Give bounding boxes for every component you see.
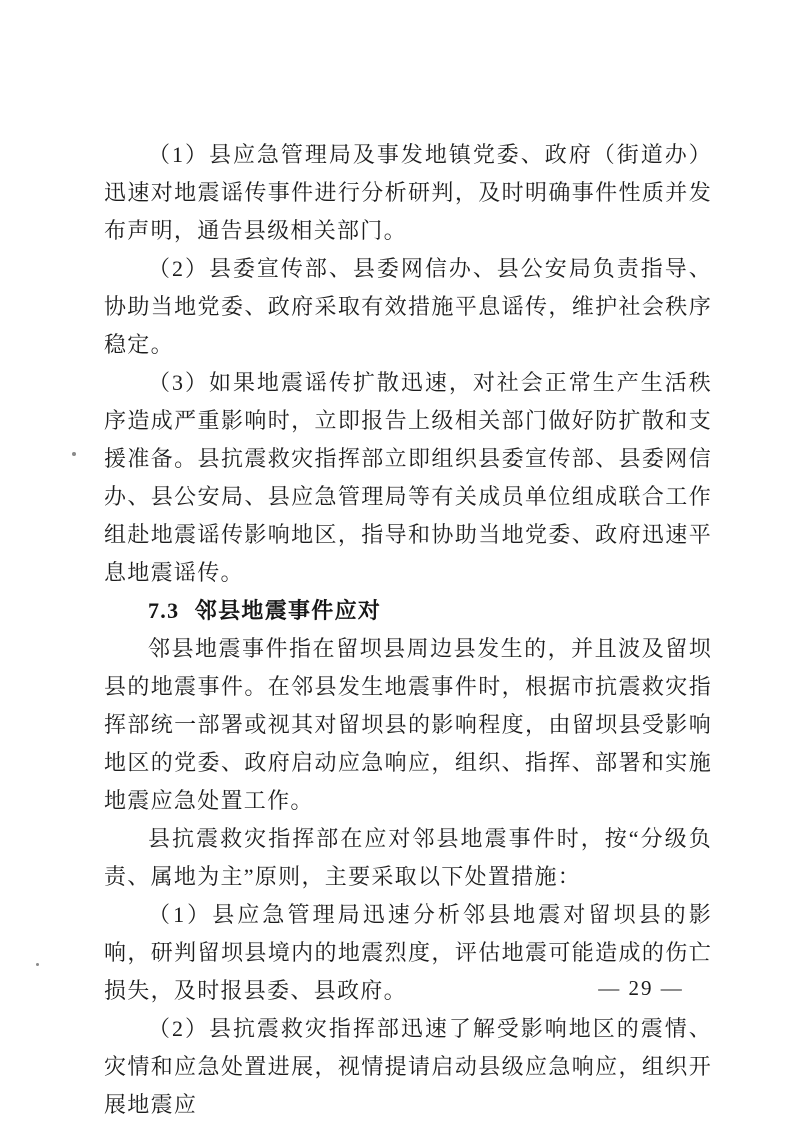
paragraph-item-2: （2）县委宣传部、县委网信办、县公安局负责指导、协助当地党委、政府采取有效措施平… bbox=[104, 250, 712, 364]
section-number: 7.3 bbox=[148, 598, 179, 623]
paragraph-measure-2: （2）县抗震救灾指挥部迅速了解受影响地区的震情、灾情和应急处置进展，视情提请启动… bbox=[104, 1010, 712, 1123]
scan-artifact-dot bbox=[72, 452, 76, 456]
paragraph-principle: 县抗震救灾指挥部在应对邻县地震事件时，按“分级负责、属地为主”原则，主要采取以下… bbox=[104, 820, 712, 896]
document-body: （1）县应急管理局及事发地镇党委、政府（街道办）迅速对地震谣传事件进行分析研判，… bbox=[104, 136, 712, 1123]
paragraph-section-intro: 邻县地震事件指在留坝县周边县发生的，并且波及留坝县的地震事件。在邻县发生地震事件… bbox=[104, 630, 712, 820]
section-title: 邻县地震事件应对 bbox=[195, 598, 381, 623]
scan-artifact-dot bbox=[36, 963, 39, 966]
paragraph-item-1: （1）县应急管理局及事发地镇党委、政府（街道办）迅速对地震谣传事件进行分析研判，… bbox=[104, 136, 712, 250]
page-number: — 29 — bbox=[596, 976, 686, 1001]
document-page: （1）县应急管理局及事发地镇党委、政府（街道办）迅速对地震谣传事件进行分析研判，… bbox=[0, 0, 793, 1123]
section-heading-7-3: 7.3邻县地震事件应对 bbox=[104, 592, 712, 630]
paragraph-item-3: （3）如果地震谣传扩散迅速，对社会正常生产生活秩序造成严重影响时，立即报告上级相… bbox=[104, 364, 712, 592]
